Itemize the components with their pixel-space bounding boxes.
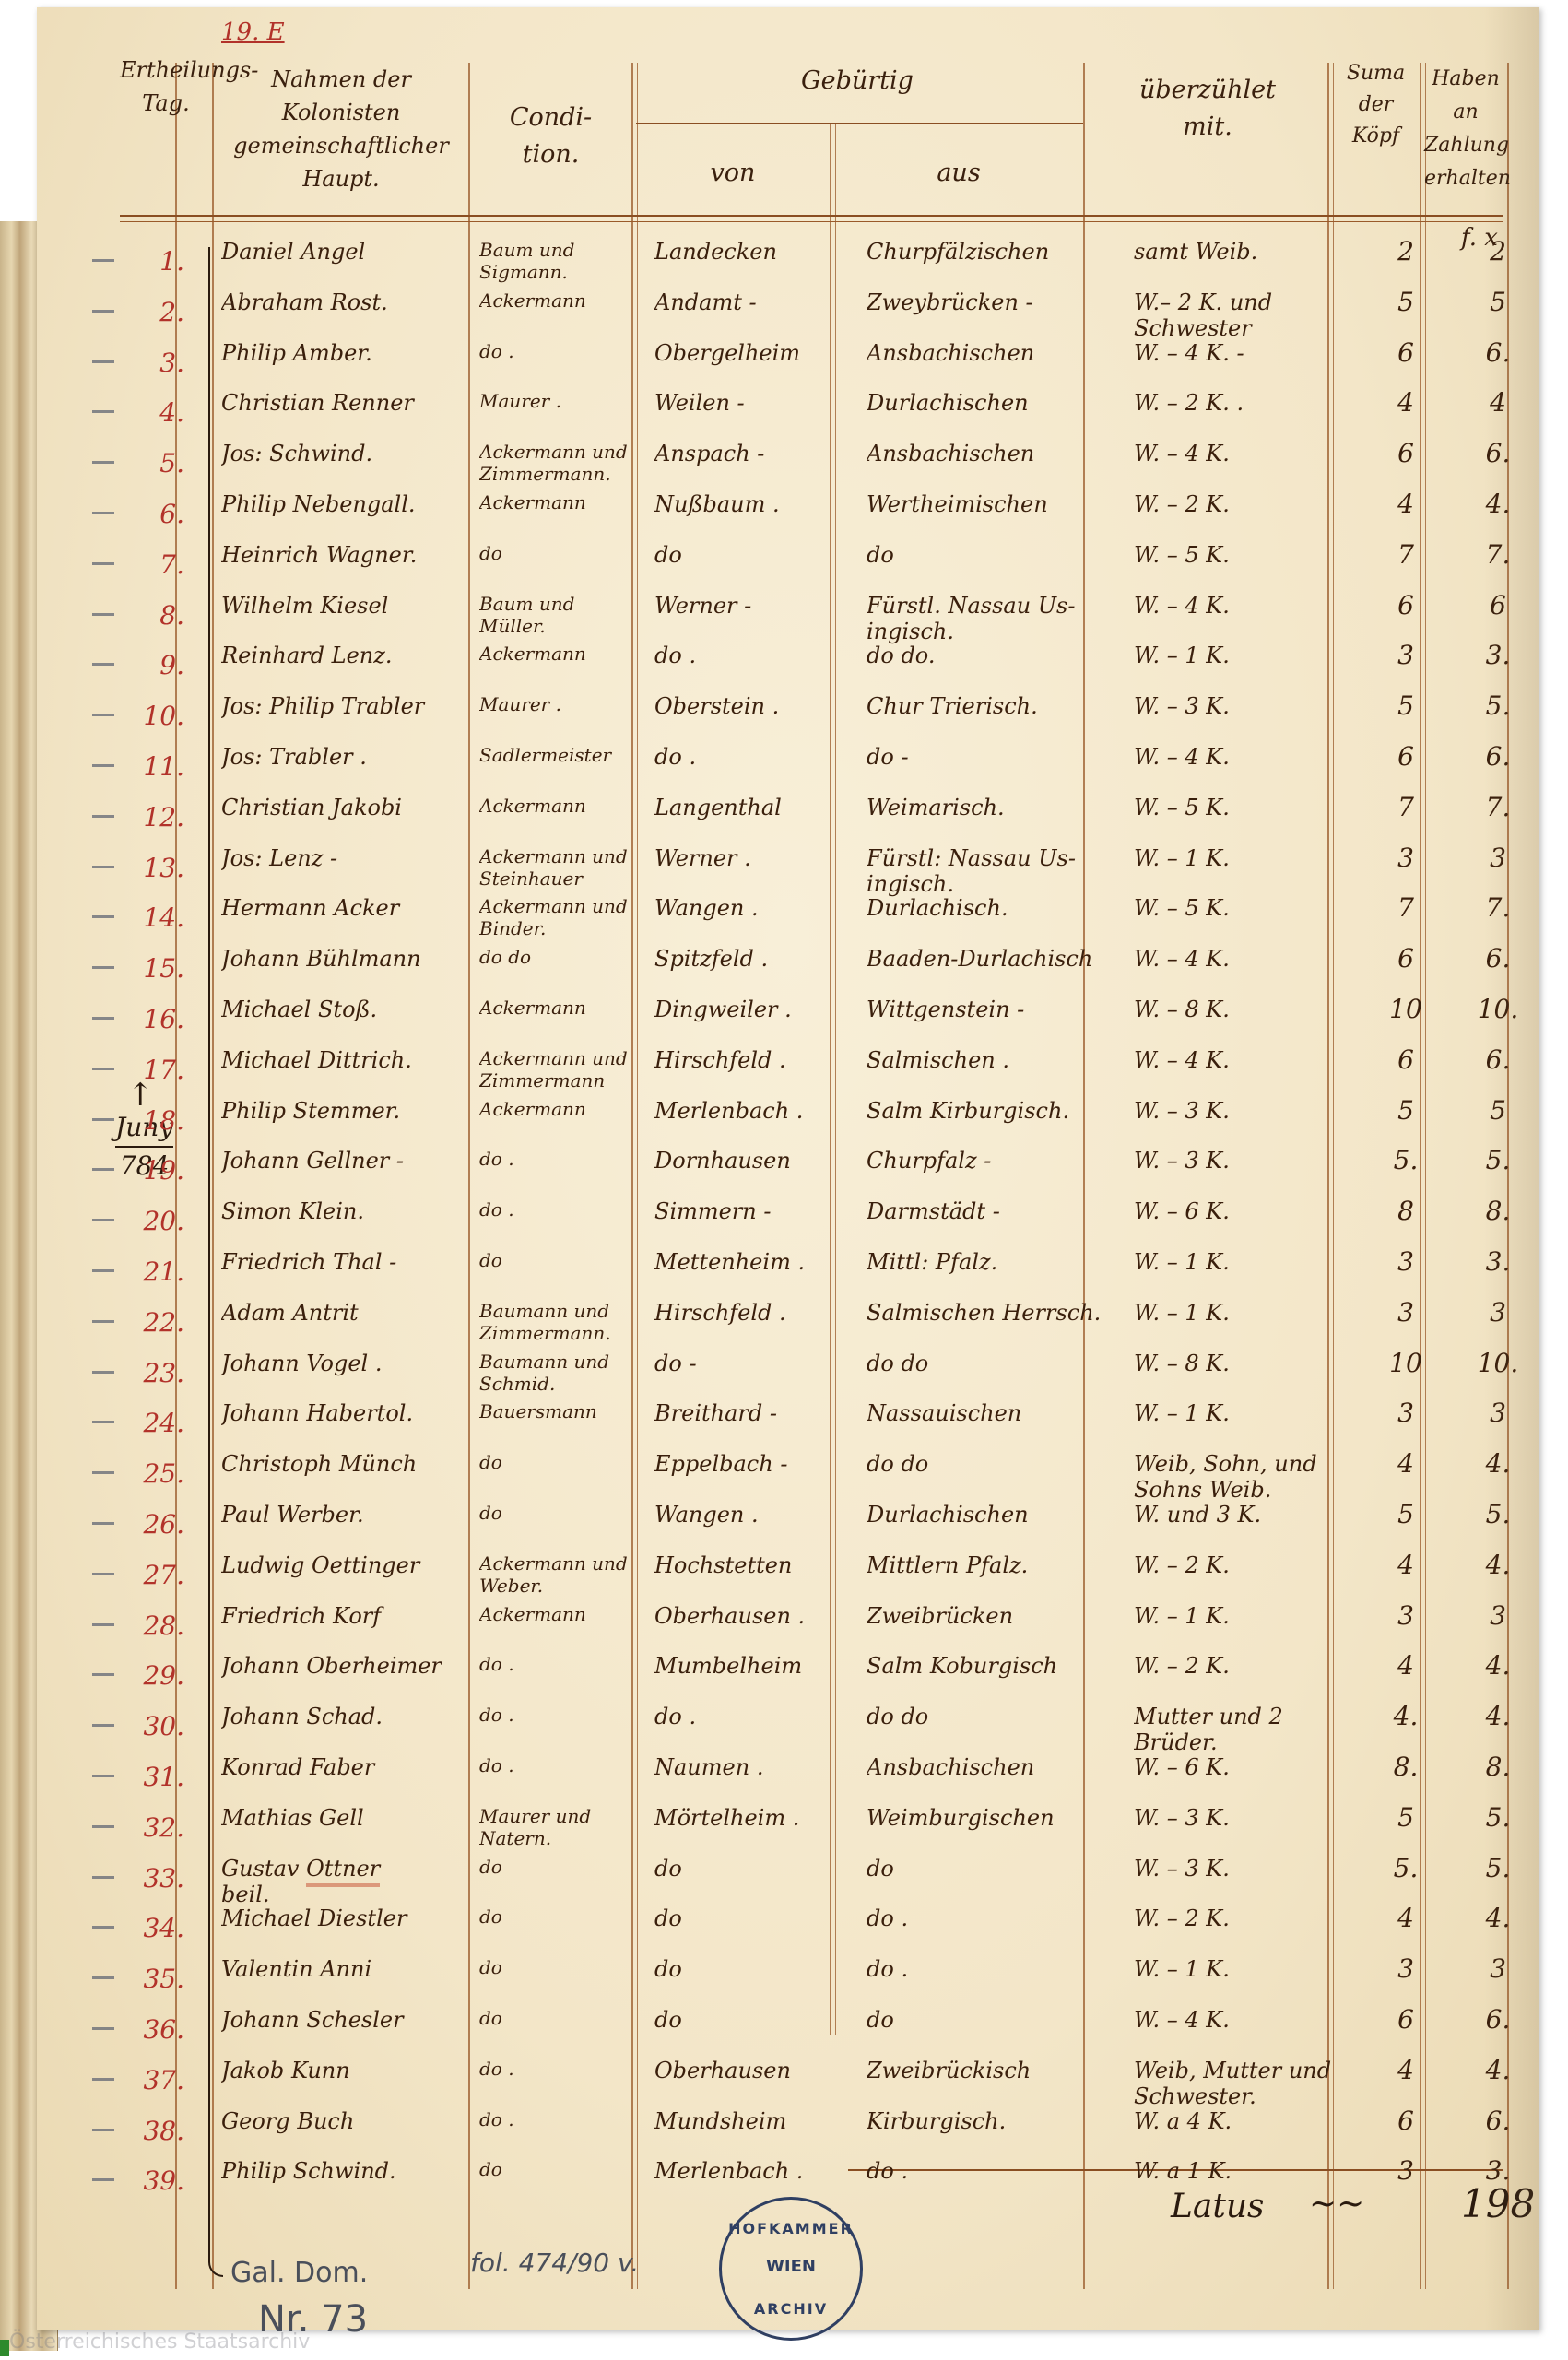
colonist-name: Jos: Schwind. bbox=[221, 441, 470, 466]
origin-place: do bbox=[654, 1906, 857, 1931]
tick-mark bbox=[92, 259, 114, 262]
latus-total: 198 bbox=[1461, 2181, 1535, 2226]
surname: Angel bbox=[301, 239, 365, 265]
first-name: Michael bbox=[221, 997, 311, 1022]
entry-number: 33. bbox=[129, 1863, 184, 1894]
accompanied-by: W. – 3 K. bbox=[1134, 1805, 1373, 1831]
colonist-name: Georg Buch bbox=[221, 2108, 470, 2134]
origin-place: Werner - bbox=[654, 593, 857, 619]
head-count: 4. bbox=[1378, 1704, 1433, 1729]
origin-region: do do. bbox=[867, 643, 1115, 668]
head-count: 6 bbox=[1378, 593, 1433, 619]
surname: Münch bbox=[339, 1451, 417, 1477]
head-count: 3 bbox=[1378, 643, 1433, 668]
colonist-name: Valentin Anni bbox=[221, 1956, 470, 1982]
tick-mark bbox=[92, 1775, 114, 1777]
origin-place: Hirschfeld . bbox=[654, 1047, 857, 1073]
tick-mark bbox=[92, 1118, 114, 1121]
payment-received: 6. bbox=[1470, 2108, 1526, 2134]
colonist-name: Daniel Angel bbox=[221, 239, 470, 265]
first-name: Philip bbox=[221, 1098, 286, 1124]
origin-place: Spitzfeld . bbox=[654, 946, 857, 972]
tick-mark bbox=[92, 461, 114, 464]
condition: Baum und Müller. bbox=[479, 593, 636, 637]
tick-mark bbox=[92, 1421, 114, 1423]
origin-region: Churpfalz - bbox=[867, 1148, 1115, 1174]
payment-received: 6. bbox=[1470, 744, 1526, 770]
colonist-name: Abraham Rost. bbox=[221, 289, 470, 315]
first-name: Philip bbox=[221, 340, 286, 366]
head-count: 4 bbox=[1378, 491, 1433, 517]
head-count: 6 bbox=[1378, 441, 1433, 466]
accompanied-by: W. a 1 K. bbox=[1134, 2158, 1373, 2184]
colonist-name: Philip Nebengall. bbox=[221, 491, 470, 517]
first-name: Johann bbox=[221, 1400, 300, 1426]
tick-mark bbox=[92, 1320, 114, 1323]
condition: Ackermann und Binder. bbox=[479, 895, 636, 939]
condition: do bbox=[479, 1856, 636, 1878]
payment-received: 3 bbox=[1470, 1603, 1526, 1629]
first-name: Gustav bbox=[221, 1856, 299, 1882]
tick-mark bbox=[92, 866, 114, 868]
colonist-name: Johann Habertol. bbox=[221, 1400, 470, 1426]
condition: Ackermann und Weber. bbox=[479, 1552, 636, 1597]
colonist-name: Johann Schad. bbox=[221, 1704, 470, 1729]
payment-received: 7. bbox=[1470, 895, 1526, 921]
header-sum: Suma der Köpf bbox=[1332, 58, 1420, 152]
payment-received: 8. bbox=[1470, 1198, 1526, 1224]
tick-mark bbox=[92, 714, 114, 716]
condition: do . bbox=[479, 1704, 636, 1726]
head-count: 6 bbox=[1378, 2007, 1433, 2033]
head-count: 4 bbox=[1378, 2058, 1433, 2083]
origin-region: Wittgenstein - bbox=[867, 997, 1115, 1022]
origin-region: Mittl: Pfalz. bbox=[867, 1249, 1115, 1275]
header-rule bbox=[120, 215, 1503, 217]
first-name: Adam bbox=[221, 1300, 286, 1326]
condition: Ackermann bbox=[479, 1603, 636, 1625]
origin-place: Mundsheim bbox=[654, 2108, 857, 2134]
tick-mark bbox=[92, 2027, 114, 2030]
origin-place: Mörtelheim . bbox=[654, 1805, 857, 1831]
accompanied-by: W. – 4 K. bbox=[1134, 946, 1373, 972]
head-count: 5. bbox=[1378, 1148, 1433, 1174]
origin-place: Langenthal bbox=[654, 795, 857, 820]
tick-mark bbox=[92, 1068, 114, 1070]
first-name: Valentin bbox=[221, 1956, 313, 1982]
accompanied-by: W.– 2 K. und Schwester bbox=[1134, 289, 1373, 341]
origin-region: Zweybrücken - bbox=[867, 289, 1115, 315]
entry-number: 35. bbox=[129, 1964, 184, 1994]
head-count: 6 bbox=[1378, 946, 1433, 972]
origin-region: do . bbox=[867, 2158, 1115, 2184]
origin-place: do . bbox=[654, 1704, 857, 1729]
tick-mark bbox=[92, 512, 114, 514]
surname: Schwind. bbox=[269, 441, 372, 466]
accompanied-by: W. – 1 K. bbox=[1134, 1603, 1373, 1629]
payment-received: 3 bbox=[1470, 1400, 1526, 1426]
payment-received: 6. bbox=[1470, 340, 1526, 366]
tick-mark bbox=[92, 360, 114, 363]
condition: Ackermann und Steinhauer bbox=[479, 845, 636, 890]
header-name: Nahmen der Kolonisten gemeinschaftlicher… bbox=[217, 63, 466, 195]
colonist-name: Konrad Faber bbox=[221, 1754, 470, 1780]
origin-place: Breithard - bbox=[654, 1400, 857, 1426]
origin-region: Weimburgischen bbox=[867, 1805, 1115, 1831]
accompanied-by: Weib, Sohn, und Sohns Weib. bbox=[1134, 1451, 1373, 1503]
head-count: 3 bbox=[1378, 1300, 1433, 1326]
surname: Kiesel bbox=[320, 593, 388, 619]
colonist-name: Mathias Gell bbox=[221, 1805, 470, 1831]
entry-number: 6. bbox=[129, 499, 184, 529]
origin-region: do . bbox=[867, 1906, 1115, 1931]
entry-number: 23. bbox=[129, 1358, 184, 1388]
payment-received: 6. bbox=[1470, 2007, 1526, 2033]
head-count: 4 bbox=[1378, 390, 1433, 416]
payment-received: 3 bbox=[1470, 845, 1526, 871]
first-name: Jos: Philip bbox=[221, 693, 334, 719]
origin-region: Baaden-Durlachisch bbox=[867, 946, 1115, 972]
tick-mark bbox=[92, 1573, 114, 1575]
accompanied-by: W. – 3 K. bbox=[1134, 693, 1373, 719]
origin-region: Mittlern Pfalz. bbox=[867, 1552, 1115, 1578]
entry-number: 16. bbox=[129, 1004, 184, 1034]
payment-received: 3. bbox=[1470, 643, 1526, 668]
payment-received: 6. bbox=[1470, 946, 1526, 972]
surname: Vogel . bbox=[306, 1351, 382, 1376]
payment-received: 8. bbox=[1470, 1754, 1526, 1780]
condition: Maurer . bbox=[479, 390, 636, 412]
origin-place: Hochstetten bbox=[654, 1552, 857, 1578]
origin-place: do bbox=[654, 1956, 857, 1982]
accompanied-by: W. – 1 K. bbox=[1134, 1249, 1373, 1275]
colonist-name: Jos: Philip Trabler bbox=[221, 693, 470, 719]
origin-place: Anspach - bbox=[654, 441, 857, 466]
accompanied-by: W. – 4 K. - bbox=[1134, 340, 1373, 366]
accompanied-by: W. – 4 K. bbox=[1134, 1047, 1373, 1073]
accompanied-by: W. – 3 K. bbox=[1134, 1148, 1373, 1174]
origin-place: Andamt - bbox=[654, 289, 857, 315]
colonist-name: Hermann Acker bbox=[221, 895, 470, 921]
first-name: Paul bbox=[221, 1502, 270, 1528]
head-count: 3 bbox=[1378, 1400, 1433, 1426]
surname: Anni bbox=[320, 1956, 371, 1982]
surname: Rost. bbox=[331, 289, 388, 315]
origin-region: Salmischen . bbox=[867, 1047, 1115, 1073]
latus-tilde: ~~ bbox=[1309, 2185, 1364, 2223]
payment-received: 5. bbox=[1470, 1148, 1526, 1174]
payment-received: 4. bbox=[1470, 491, 1526, 517]
origin-region: Salm Kirburgisch. bbox=[867, 1098, 1115, 1124]
condition: do bbox=[479, 1502, 636, 1524]
origin-place: Oberhausen . bbox=[654, 1603, 857, 1629]
stamp-bottom-text: ARCHIV bbox=[722, 2300, 860, 2318]
accompanied-by: Weib, Mutter und Schwester. bbox=[1134, 2058, 1373, 2109]
head-count: 5 bbox=[1378, 1502, 1433, 1528]
origin-place: Merlenbach . bbox=[654, 2158, 857, 2184]
watermark-logo-icon bbox=[0, 2340, 9, 2356]
colonist-name: Michael Diestler bbox=[221, 1906, 470, 1931]
origin-region: Darmstädt - bbox=[867, 1198, 1115, 1224]
surname: Gell bbox=[319, 1805, 364, 1831]
colonist-name: Christoph Münch bbox=[221, 1451, 470, 1477]
surname: Schad. bbox=[306, 1704, 383, 1729]
tick-mark bbox=[92, 764, 114, 767]
head-count: 10 bbox=[1378, 997, 1433, 1022]
origin-place: Werner . bbox=[654, 845, 857, 871]
payment-received: 4. bbox=[1470, 1906, 1526, 1931]
entry-number: 15. bbox=[129, 953, 184, 984]
first-name: Friedrich bbox=[221, 1249, 325, 1275]
colonist-name: Michael Stoß. bbox=[221, 997, 470, 1022]
tick-mark bbox=[92, 966, 114, 969]
entry-number: 9. bbox=[129, 650, 184, 680]
tick-mark bbox=[92, 1976, 114, 1979]
accompanied-by: W. – 4 K. bbox=[1134, 744, 1373, 770]
surname: Dittrich. bbox=[318, 1047, 412, 1073]
origin-region: Nassauischen bbox=[867, 1400, 1115, 1426]
colonist-name: Jakob Kunn bbox=[221, 2058, 470, 2083]
origin-region: Churpfälzischen bbox=[867, 239, 1115, 265]
payment-received: 2 bbox=[1470, 239, 1526, 265]
first-name: Jos: bbox=[221, 744, 262, 770]
accompanied-by: W. – 4 K. bbox=[1134, 2007, 1373, 2033]
condition: Maurer . bbox=[479, 693, 636, 715]
ledger-page: 19. E Ertheilungs- Tag. Nahmen der Kolon… bbox=[37, 7, 1539, 2330]
origin-place: Dingweiler . bbox=[654, 997, 857, 1022]
surname: Klein. bbox=[299, 1198, 364, 1224]
first-name: Wilhelm bbox=[221, 593, 313, 619]
first-name: Simon bbox=[221, 1198, 292, 1224]
colonist-name: Adam Antrit bbox=[221, 1300, 470, 1326]
colonist-name: Friedrich Thal - bbox=[221, 1249, 470, 1275]
payment-received: 4. bbox=[1470, 1653, 1526, 1679]
surname: Trabler . bbox=[269, 744, 367, 770]
head-count: 5 bbox=[1378, 289, 1433, 315]
header-origin-region: aus bbox=[834, 155, 1083, 192]
colonist-name: Jos: Trabler . bbox=[221, 744, 470, 770]
origin-place: do - bbox=[654, 1351, 857, 1376]
origin-region: do bbox=[867, 2007, 1115, 2033]
surname: Korf bbox=[333, 1603, 381, 1629]
collection-note: Gal. Dom. bbox=[230, 2257, 368, 2289]
payment-received: 4. bbox=[1470, 1704, 1526, 1729]
origin-region: Salm Koburgisch bbox=[867, 1653, 1115, 1679]
head-count: 3 bbox=[1378, 845, 1433, 871]
origin-place: Dornhausen bbox=[654, 1148, 857, 1174]
condition: do . bbox=[479, 1198, 636, 1221]
condition: Ackermann bbox=[479, 643, 636, 665]
condition: Maurer und Natern. bbox=[479, 1805, 636, 1849]
stamp-middle-text: WIEN bbox=[722, 2257, 860, 2276]
colonist-name: Christian Jakobi bbox=[221, 795, 470, 820]
entry-number: 11. bbox=[129, 751, 184, 782]
first-name: Jakob bbox=[221, 2058, 284, 2083]
payment-received: 5. bbox=[1470, 1805, 1526, 1831]
entry-number: 28. bbox=[129, 1611, 184, 1641]
entry-number: 1. bbox=[129, 246, 184, 277]
entry-number: 19. bbox=[129, 1155, 184, 1186]
surname: Schesler bbox=[306, 2007, 403, 2033]
entry-number: 32. bbox=[129, 1812, 184, 1843]
origin-region: do bbox=[867, 1856, 1115, 1882]
first-name: Jos: bbox=[221, 845, 262, 871]
condition: Ackermann bbox=[479, 491, 636, 513]
colonist-name: Paul Werber. bbox=[221, 1502, 470, 1528]
condition: do . bbox=[479, 2108, 636, 2130]
first-name: Johann bbox=[221, 2007, 300, 2033]
accompanied-by: W. – 5 K. bbox=[1134, 795, 1373, 820]
first-name: Christian bbox=[221, 795, 324, 820]
origin-region: Weimarisch. bbox=[867, 795, 1115, 820]
payment-received: 5. bbox=[1470, 1856, 1526, 1882]
condition: Bauersmann bbox=[479, 1400, 636, 1422]
tick-mark bbox=[92, 915, 114, 918]
accompanied-by: samt Weib. bbox=[1134, 239, 1373, 265]
head-count: 5 bbox=[1378, 693, 1433, 719]
condition: do bbox=[479, 2158, 636, 2180]
condition: do . bbox=[479, 340, 636, 362]
first-name: Konrad bbox=[221, 1754, 302, 1780]
condition: do do bbox=[479, 946, 636, 968]
origin-region: Kirburgisch. bbox=[867, 2108, 1115, 2134]
head-count: 6 bbox=[1378, 340, 1433, 366]
first-name: Philip bbox=[221, 2158, 286, 2184]
condition: do bbox=[479, 542, 636, 564]
colonist-name: Ludwig Oettinger bbox=[221, 1552, 470, 1578]
condition: Baumann und Zimmermann. bbox=[479, 1300, 636, 1344]
entry-number: 39. bbox=[129, 2165, 184, 2196]
origin-region: do . bbox=[867, 1956, 1115, 1982]
condition: Ackermann und Zimmermann. bbox=[479, 441, 636, 485]
origin-region: Fürstl: Nassau Us- ingisch. bbox=[867, 845, 1115, 897]
origin-region: Ansbachischen bbox=[867, 1754, 1115, 1780]
column-rule bbox=[1507, 63, 1509, 2289]
first-name: Abraham bbox=[221, 289, 324, 315]
first-name: Ludwig bbox=[221, 1552, 304, 1578]
origin-region: do do bbox=[867, 1451, 1115, 1477]
colonist-name: Christian Renner bbox=[221, 390, 470, 416]
surname: Werber. bbox=[277, 1502, 363, 1528]
surname: Kunn bbox=[291, 2058, 350, 2083]
tick-mark bbox=[92, 2178, 114, 2181]
accompanied-by: W. – 5 K. bbox=[1134, 895, 1373, 921]
origin-place: Simmern - bbox=[654, 1198, 857, 1224]
tick-mark bbox=[92, 1017, 114, 1020]
colonist-name: Reinhard Lenz. bbox=[221, 643, 470, 668]
accompanied-by: W. – 5 K. bbox=[1134, 542, 1373, 568]
first-name: Reinhard bbox=[221, 643, 324, 668]
origin-place: Mumbelheim bbox=[654, 1653, 857, 1679]
origin-region: do - bbox=[867, 744, 1115, 770]
surname: Jakobi bbox=[332, 795, 402, 820]
accompanied-by: W. – 3 K. bbox=[1134, 1098, 1373, 1124]
condition: Baumann und Schmid. bbox=[479, 1351, 636, 1395]
entry-number: 36. bbox=[129, 2014, 184, 2045]
header-day: Ertheilungs- Tag. bbox=[120, 53, 212, 120]
colonist-name: Jos: Lenz - bbox=[221, 845, 470, 871]
payment-received: 5 bbox=[1470, 289, 1526, 315]
first-name: Johann bbox=[221, 1351, 300, 1376]
condition: do . bbox=[479, 1148, 636, 1170]
condition: Ackermann und Zimmermann bbox=[479, 1047, 636, 1091]
surname: Faber bbox=[310, 1754, 374, 1780]
payment-received: 7. bbox=[1470, 542, 1526, 568]
origin-region: Durlachischen bbox=[867, 1502, 1115, 1528]
origin-place: do bbox=[654, 1856, 857, 1882]
origin-region: Fürstl. Nassau Us- ingisch. bbox=[867, 593, 1115, 644]
payment-received: 10. bbox=[1470, 1351, 1526, 1376]
head-count: 8 bbox=[1378, 1198, 1433, 1224]
entry-number: 31. bbox=[129, 1762, 184, 1792]
tick-mark bbox=[92, 613, 114, 616]
condition: do . bbox=[479, 1754, 636, 1776]
tick-mark bbox=[92, 1724, 114, 1727]
origin-place: Landecken bbox=[654, 239, 857, 265]
head-count: 2 bbox=[1378, 239, 1433, 265]
accompanied-by: W. – 8 K. bbox=[1134, 1351, 1373, 1376]
origin-region: Durlachischen bbox=[867, 390, 1115, 416]
head-count: 4 bbox=[1378, 1451, 1433, 1477]
header-rule bbox=[120, 221, 1503, 222]
condition: do bbox=[479, 1249, 636, 1271]
tick-mark bbox=[92, 1623, 114, 1626]
accompanied-by: W. – 3 K. bbox=[1134, 1856, 1373, 1882]
condition: Ackermann bbox=[479, 997, 636, 1019]
surname: Renner bbox=[332, 390, 414, 416]
stamp-top-text: HOFKAMMER bbox=[722, 2220, 860, 2237]
first-name: Johann bbox=[221, 946, 300, 972]
payment-received: 6. bbox=[1470, 1047, 1526, 1073]
head-count: 4 bbox=[1378, 1552, 1433, 1578]
payment-received: 4 bbox=[1470, 390, 1526, 416]
colonist-name: Johann Oberheimer bbox=[221, 1653, 470, 1679]
surname: Lenz - bbox=[269, 845, 337, 871]
head-count: 6 bbox=[1378, 744, 1433, 770]
condition: do . bbox=[479, 1653, 636, 1675]
surname: Thal - bbox=[333, 1249, 396, 1275]
entry-number: 5. bbox=[129, 448, 184, 478]
origin-region: do bbox=[867, 542, 1115, 568]
tick-mark bbox=[92, 410, 114, 413]
accompanied-by: W. – 2 K. bbox=[1134, 491, 1373, 517]
condition: do bbox=[479, 2007, 636, 2029]
entry-number: 22. bbox=[129, 1307, 184, 1338]
payment-received: 5 bbox=[1470, 1098, 1526, 1124]
accompanied-by: W. – 6 K. bbox=[1134, 1198, 1373, 1224]
colonist-name: Johann Gellner - bbox=[221, 1148, 470, 1174]
payment-received: 4. bbox=[1470, 1451, 1526, 1477]
surname: Nebengall. bbox=[293, 491, 416, 517]
tick-mark bbox=[92, 1219, 114, 1221]
surname: Amber. bbox=[293, 340, 372, 366]
origin-region: Zweibrücken bbox=[867, 1603, 1115, 1629]
origin-subheader-rule bbox=[636, 123, 1083, 124]
payment-received: 3. bbox=[1470, 1249, 1526, 1275]
tick-mark bbox=[92, 1825, 114, 1828]
accompanied-by: W. – 2 K. bbox=[1134, 1906, 1373, 1931]
folio-mark: 19. E bbox=[221, 18, 285, 46]
origin-place: Hirschfeld . bbox=[654, 1300, 857, 1326]
entry-number: 13. bbox=[129, 853, 184, 883]
entry-number: 12. bbox=[129, 802, 184, 832]
entry-number: 21. bbox=[129, 1257, 184, 1287]
surname: Oettinger bbox=[312, 1552, 419, 1578]
condition: Sadlermeister bbox=[479, 744, 636, 766]
accompanied-by: W. – 4 K. bbox=[1134, 441, 1373, 466]
entry-number: 24. bbox=[129, 1408, 184, 1438]
accompanied-by: W. – 1 K. bbox=[1134, 1300, 1373, 1326]
